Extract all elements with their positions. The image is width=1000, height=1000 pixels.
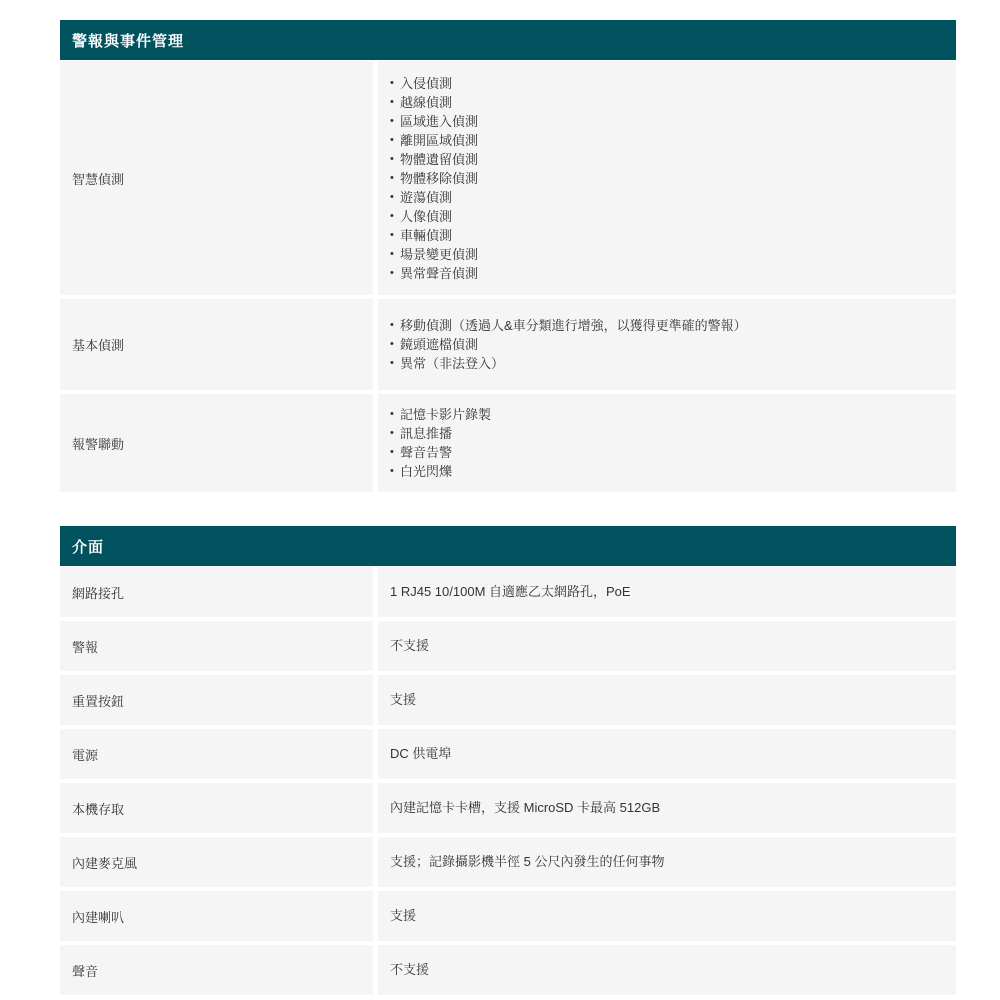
spec-label: 重置按鈕	[60, 675, 373, 725]
spec-value: DC 供電埠	[378, 729, 956, 779]
spec-tables: 警報與事件管理 智慧偵測 •入侵偵測 •越線偵測 •區域進入偵測 •離開區域偵測…	[60, 20, 956, 995]
list-item: •移動偵測（透過人&車分類進行增強，以獲得更準確的警報）	[390, 316, 944, 335]
table-row: 內建麥克風 支援；記錄攝影機半徑 5 公尺內發生的任何事物	[60, 837, 956, 887]
spec-label: 內建麥克風	[60, 837, 373, 887]
bullet-text: 異常（非法登入）	[400, 354, 944, 373]
spec-value: 支援	[378, 891, 956, 941]
list-item: •聲音告警	[390, 443, 944, 462]
bullet-icon: •	[390, 226, 400, 245]
bullet-text: 入侵偵測	[400, 74, 944, 93]
bullet-text: 異常聲音偵測	[400, 264, 944, 283]
bullet-icon: •	[390, 245, 400, 264]
spec-value-text: 1 RJ45 10/100M 自適應乙太網路孔，PoE	[390, 583, 944, 601]
table-row: 內建喇叭 支援	[60, 891, 956, 941]
spec-label: 聲音	[60, 945, 373, 995]
bullet-icon: •	[390, 131, 400, 150]
spec-label: 內建喇叭	[60, 891, 373, 941]
table-row: 報警聯動 •記憶卡影片錄製 •訊息推播 •聲音告警 •白光閃爍	[60, 394, 956, 492]
spec-label: 智慧偵測	[60, 61, 373, 295]
bullet-text: 越線偵測	[400, 93, 944, 112]
table-row: 電源 DC 供電埠	[60, 729, 956, 779]
list-item: •區域進入偵測	[390, 112, 944, 131]
bullet-text: 人像偵測	[400, 207, 944, 226]
spec-value: 內建記憶卡卡槽，支援 MicroSD 卡最高 512GB	[378, 783, 956, 833]
spec-label: 電源	[60, 729, 373, 779]
list-item: •訊息推播	[390, 424, 944, 443]
bullet-icon: •	[390, 462, 400, 481]
section-header-alarm-events: 警報與事件管理	[60, 20, 956, 60]
list-item: •白光閃爍	[390, 462, 944, 481]
spec-value: 不支援	[378, 945, 956, 995]
spec-value: 1 RJ45 10/100M 自適應乙太網路孔，PoE	[378, 567, 956, 617]
bullet-text: 遊蕩偵測	[400, 188, 944, 207]
bullet-icon: •	[390, 443, 400, 462]
bullet-text: 鏡頭遮檔偵測	[400, 335, 944, 354]
spec-label: 警報	[60, 621, 373, 671]
bullet-text: 白光閃爍	[400, 462, 944, 481]
section-header-interface: 介面	[60, 526, 956, 566]
bullet-list: •入侵偵測 •越線偵測 •區域進入偵測 •離開區域偵測 •物體遺留偵測 •物體移…	[390, 74, 944, 283]
bullet-text: 物體遺留偵測	[400, 150, 944, 169]
list-item: •記憶卡影片錄製	[390, 405, 944, 424]
bullet-icon: •	[390, 74, 400, 93]
bullet-icon: •	[390, 169, 400, 188]
bullet-icon: •	[390, 405, 400, 424]
bullet-text: 離開區域偵測	[400, 131, 944, 150]
table-row: 聲音 不支援	[60, 945, 956, 995]
spec-value: 支援；記錄攝影機半徑 5 公尺內發生的任何事物	[378, 837, 956, 887]
spec-section-alarm-events: 警報與事件管理 智慧偵測 •入侵偵測 •越線偵測 •區域進入偵測 •離開區域偵測…	[60, 20, 956, 492]
spec-value-text: 不支援	[390, 637, 944, 655]
spec-label: 報警聯動	[60, 394, 373, 492]
bullet-text: 場景變更偵測	[400, 245, 944, 264]
list-item: •越線偵測	[390, 93, 944, 112]
spec-value-text: 支援	[390, 691, 944, 709]
spec-value-text: 支援；記錄攝影機半徑 5 公尺內發生的任何事物	[390, 853, 944, 871]
list-item: •離開區域偵測	[390, 131, 944, 150]
list-item: •異常（非法登入）	[390, 354, 944, 373]
table-row: 智慧偵測 •入侵偵測 •越線偵測 •區域進入偵測 •離開區域偵測 •物體遺留偵測…	[60, 61, 956, 295]
spec-page: 警報與事件管理 智慧偵測 •入侵偵測 •越線偵測 •區域進入偵測 •離開區域偵測…	[0, 0, 1000, 1000]
list-item: •物體遺留偵測	[390, 150, 944, 169]
bullet-icon: •	[390, 207, 400, 226]
spec-value: •入侵偵測 •越線偵測 •區域進入偵測 •離開區域偵測 •物體遺留偵測 •物體移…	[378, 61, 956, 295]
bullet-icon: •	[390, 93, 400, 112]
table-row: 本機存取 內建記憶卡卡槽，支援 MicroSD 卡最高 512GB	[60, 783, 956, 833]
bullet-icon: •	[390, 424, 400, 443]
bullet-list: •記憶卡影片錄製 •訊息推播 •聲音告警 •白光閃爍	[390, 405, 944, 481]
bullet-text: 記憶卡影片錄製	[400, 405, 944, 424]
list-item: •遊蕩偵測	[390, 188, 944, 207]
spec-label: 基本偵測	[60, 299, 373, 390]
list-item: •入侵偵測	[390, 74, 944, 93]
spec-value: •記憶卡影片錄製 •訊息推播 •聲音告警 •白光閃爍	[378, 394, 956, 492]
bullet-text: 訊息推播	[400, 424, 944, 443]
bullet-text: 車輛偵測	[400, 226, 944, 245]
list-item: •場景變更偵測	[390, 245, 944, 264]
list-item: •物體移除偵測	[390, 169, 944, 188]
spec-value: 不支援	[378, 621, 956, 671]
spec-value: 支援	[378, 675, 956, 725]
spec-label: 本機存取	[60, 783, 373, 833]
table-row: 重置按鈕 支援	[60, 675, 956, 725]
bullet-icon: •	[390, 150, 400, 169]
bullet-icon: •	[390, 335, 400, 354]
spec-value-text: DC 供電埠	[390, 745, 944, 763]
bullet-icon: •	[390, 188, 400, 207]
spec-label: 網路接孔	[60, 567, 373, 617]
bullet-icon: •	[390, 316, 400, 335]
table-row: 網路接孔 1 RJ45 10/100M 自適應乙太網路孔，PoE	[60, 567, 956, 617]
table-row: 基本偵測 •移動偵測（透過人&車分類進行增強，以獲得更準確的警報） •鏡頭遮檔偵…	[60, 299, 956, 390]
table-row: 警報 不支援	[60, 621, 956, 671]
spec-section-interface: 介面 網路接孔 1 RJ45 10/100M 自適應乙太網路孔，PoE 警報 不…	[60, 526, 956, 995]
bullet-text: 聲音告警	[400, 443, 944, 462]
bullet-icon: •	[390, 354, 400, 373]
list-item: •人像偵測	[390, 207, 944, 226]
spec-value: •移動偵測（透過人&車分類進行增強，以獲得更準確的警報） •鏡頭遮檔偵測 •異常…	[378, 299, 956, 390]
bullet-list: •移動偵測（透過人&車分類進行增強，以獲得更準確的警報） •鏡頭遮檔偵測 •異常…	[390, 316, 944, 373]
list-item: •鏡頭遮檔偵測	[390, 335, 944, 354]
spec-value-text: 內建記憶卡卡槽，支援 MicroSD 卡最高 512GB	[390, 799, 944, 817]
bullet-icon: •	[390, 264, 400, 283]
bullet-icon: •	[390, 112, 400, 131]
list-item: •車輛偵測	[390, 226, 944, 245]
bullet-text: 區域進入偵測	[400, 112, 944, 131]
spec-value-text: 不支援	[390, 961, 944, 979]
bullet-text: 物體移除偵測	[400, 169, 944, 188]
list-item: •異常聲音偵測	[390, 264, 944, 283]
bullet-text: 移動偵測（透過人&車分類進行增強，以獲得更準確的警報）	[400, 316, 944, 335]
spec-value-text: 支援	[390, 907, 944, 925]
